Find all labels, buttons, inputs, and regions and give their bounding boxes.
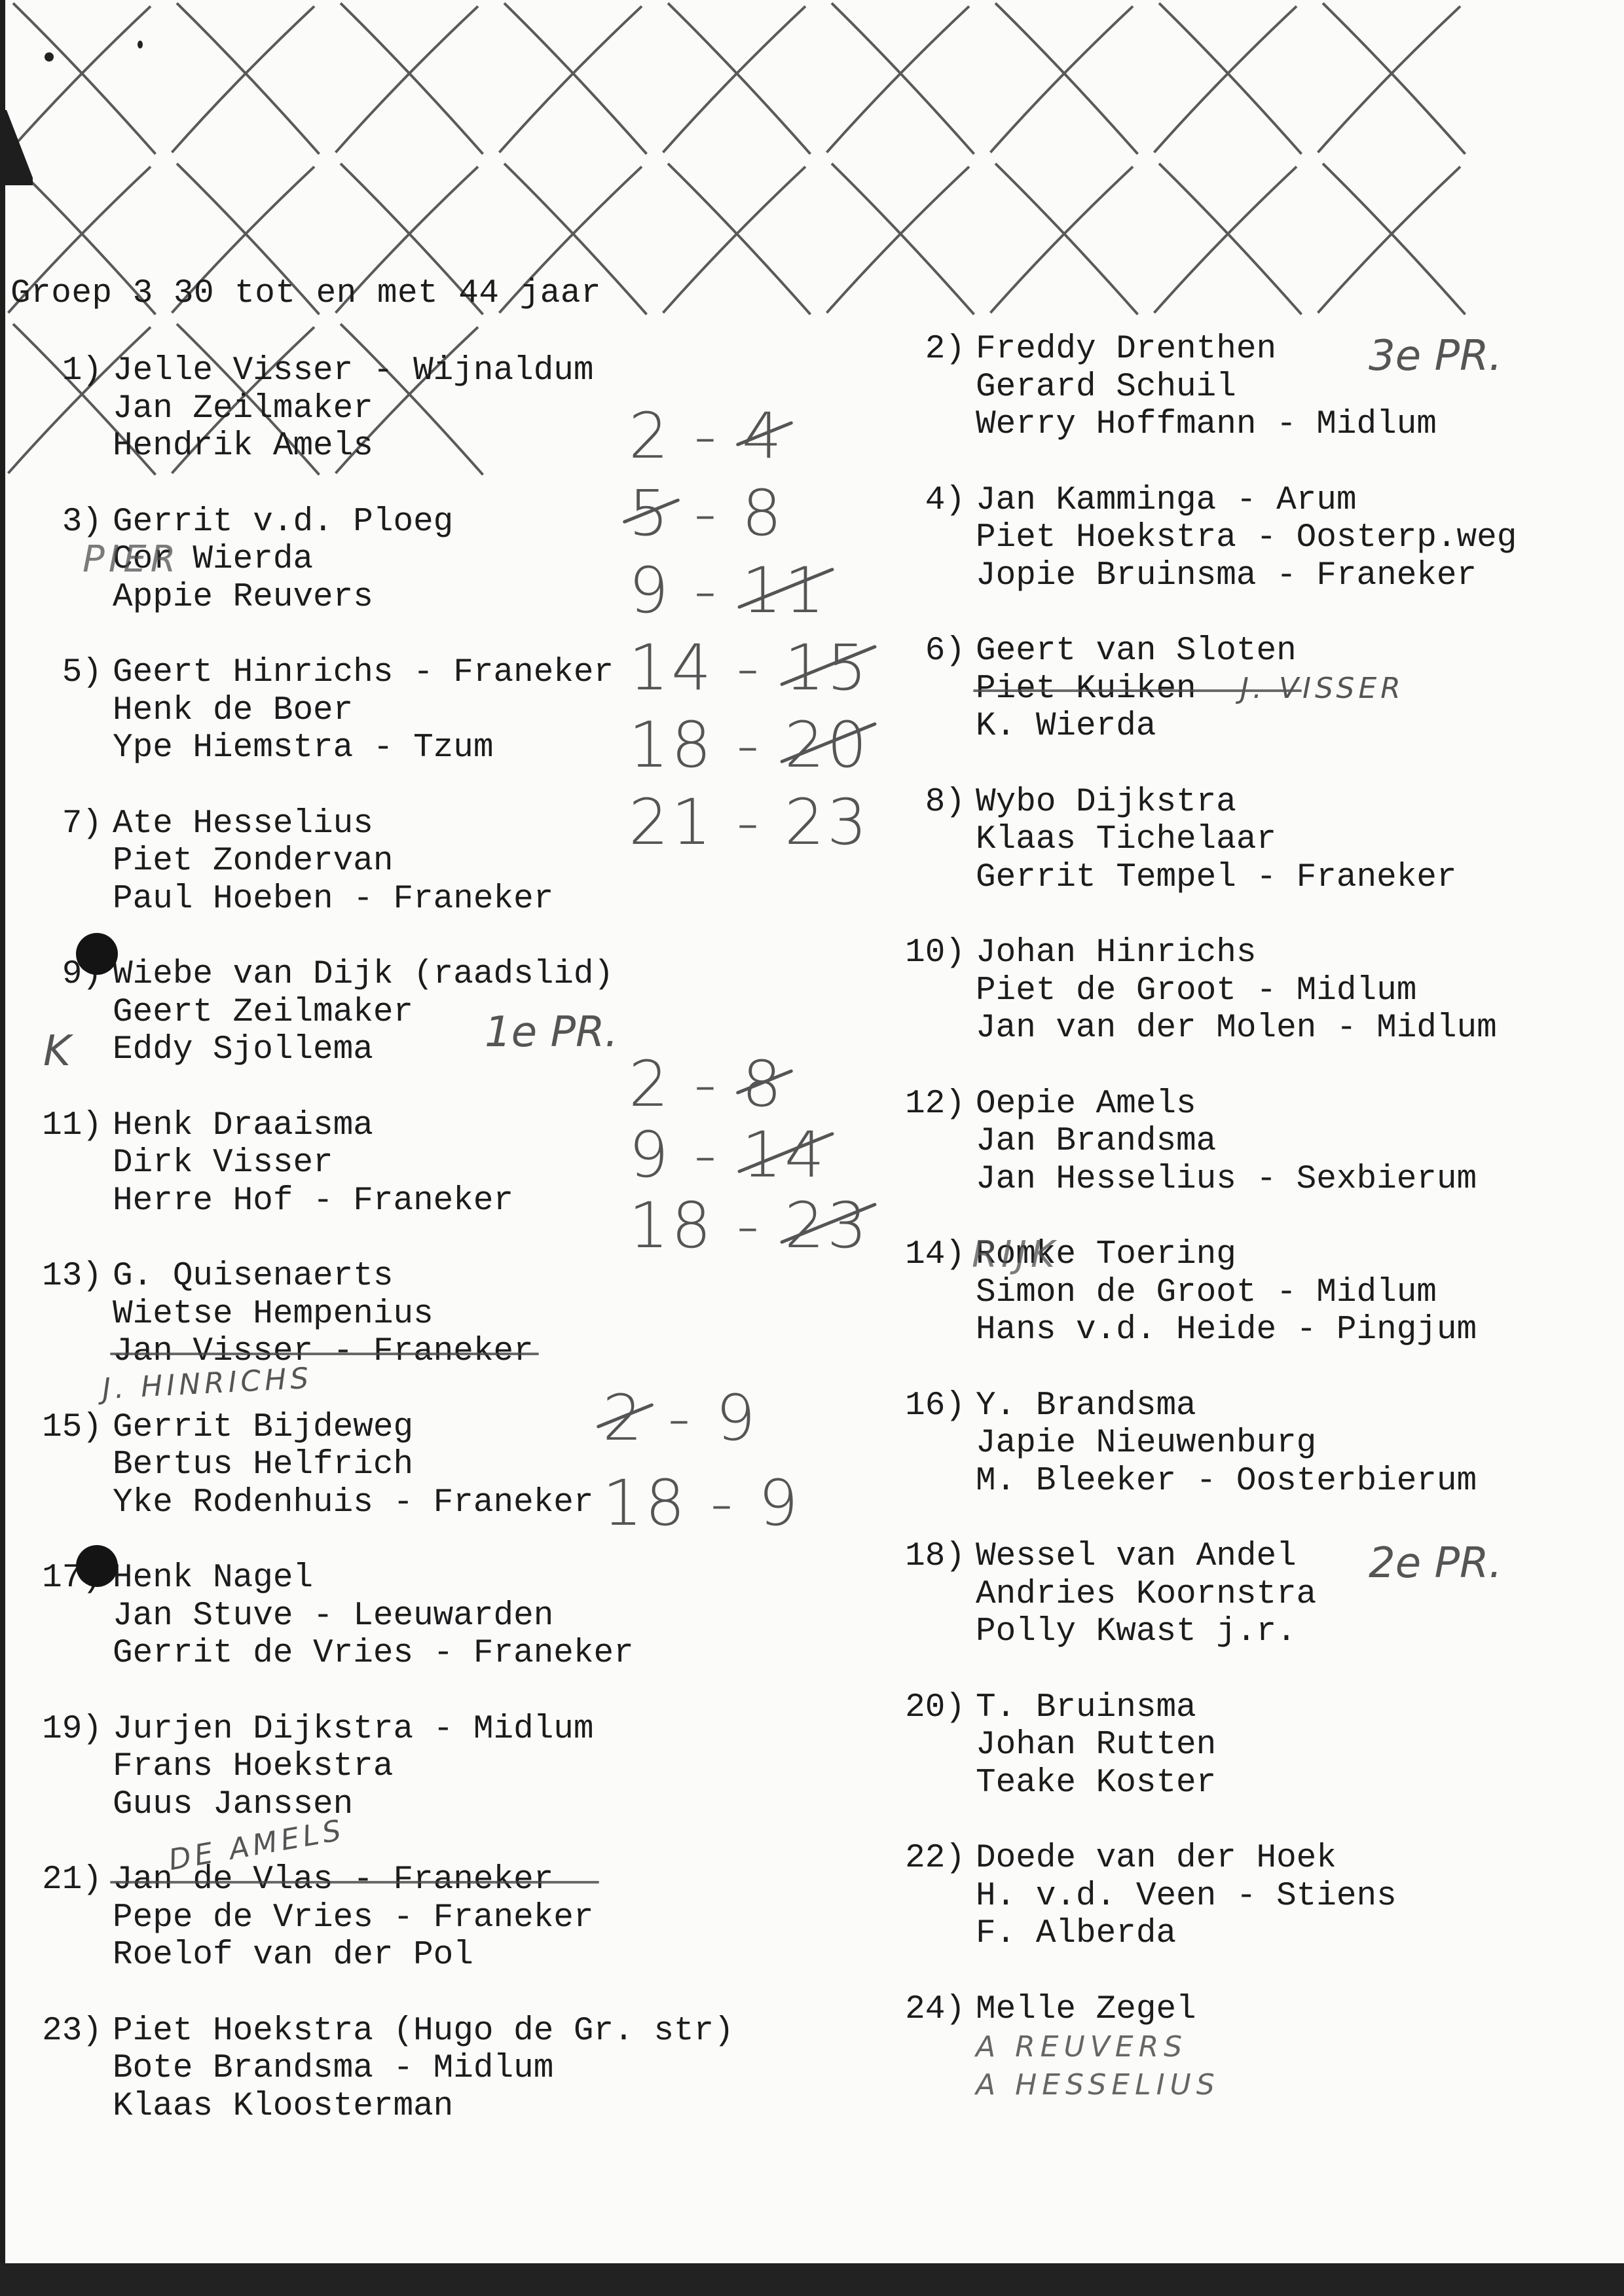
handwritten-replacement: J. VISSER <box>1240 672 1405 705</box>
pairing-score: 2 - 4 <box>629 399 784 473</box>
team-member: Yke Rodenhuis - Franeker <box>113 1484 594 1522</box>
pairing-b: 15 <box>784 631 870 704</box>
pairing-a: 14 <box>629 631 714 704</box>
team-member: Klaas Tichelaar <box>976 821 1457 859</box>
team-member: Oepie Amels <box>976 1085 1477 1123</box>
cross-out-mark <box>819 160 982 318</box>
pairing-a: 18 <box>629 708 714 782</box>
pairing-b: 23 <box>784 786 870 859</box>
team-member: Henk Nagel <box>113 1559 634 1597</box>
team-member: Melle Zegel <box>976 1991 1220 2029</box>
team-number: 15) <box>10 1409 102 1447</box>
team-member: Gerrit Tempel - Franeker <box>976 859 1457 897</box>
prize-annotation: 1e PR. <box>485 1008 618 1057</box>
team-member: Gerrit Bijdeweg <box>113 1409 594 1447</box>
team-member: Pepe de Vries - Franeker <box>113 1899 594 1937</box>
team-member: Ype Hiemstra - Tzum <box>113 729 614 767</box>
pairing-score: 2 - 9 <box>602 1381 758 1455</box>
pairing-a: 9 <box>629 1118 671 1192</box>
pairing-score: 2 - 8 <box>629 1048 784 1121</box>
cross-out-mark <box>164 0 327 157</box>
team-member: Jan van der Molen - Midlum <box>976 1010 1497 1048</box>
team-member: Jan Stuve - Leeuwarden <box>113 1597 634 1635</box>
pairing-score: 5 - 8 <box>629 477 784 550</box>
pairing-score: 14 - 15 <box>629 631 870 704</box>
team-member: Johan Hinrichs <box>976 934 1497 972</box>
team-member: Jurjen Dijkstra - Midlum <box>113 1711 594 1749</box>
pairing-a: 18 <box>602 1467 688 1540</box>
pairing-score: 18 - 20 <box>629 708 870 782</box>
team-member: H. v.d. Veen - Stiens <box>976 1878 1397 1916</box>
speck <box>45 52 54 62</box>
page-heading: Groep 3 30 tot en met 44 jaar <box>10 275 601 312</box>
team-member: Doede van der Hoek <box>976 1840 1397 1878</box>
team-member: Hans v.d. Heide - Pingjum <box>976 1311 1477 1349</box>
team-number: 10) <box>874 934 965 972</box>
team-number: 16) <box>874 1387 965 1425</box>
pairing-b: 23 <box>784 1189 870 1262</box>
pairing-score: 21 - 23 <box>629 786 870 859</box>
scan-bottom-edge <box>0 2263 1624 2296</box>
pairing-b: 4 <box>742 399 784 473</box>
pairing-dash: - <box>714 1189 784 1262</box>
team-member: Klaas Kloosterman <box>113 2088 734 2126</box>
team-number: 18) <box>874 1538 965 1576</box>
team-member: Y. Brandsma <box>976 1387 1477 1425</box>
team-member: Wessel van Andel <box>976 1538 1316 1576</box>
prize-annotation: 2e PR. <box>1369 1539 1502 1588</box>
team-number: 22) <box>874 1840 965 1878</box>
cross-out-mark <box>327 0 491 157</box>
team-member: Herre Hof - Franeker <box>113 1182 513 1220</box>
team-member: Gerrit de Vries - Franeker <box>113 1635 634 1673</box>
team-member: Gerard Schuil <box>976 369 1437 407</box>
team-member: Jan Brandsma <box>976 1123 1477 1161</box>
team-number: 11) <box>10 1107 102 1145</box>
team-member: G. Quisenaerts <box>113 1258 534 1296</box>
team-member: Jan Zeilmaker <box>113 390 594 428</box>
team-member: Wiebe van Dijk (raadslid) <box>113 956 614 994</box>
pairing-b: 8 <box>742 477 784 550</box>
pairing-score: 9 - 14 <box>629 1118 827 1192</box>
pairing-b: 14 <box>742 1118 827 1192</box>
pairing-dash: - <box>671 1048 742 1121</box>
team-number: 1) <box>10 352 102 390</box>
pairing-dash: - <box>688 1467 758 1540</box>
team-member: K. Wierda <box>976 708 1297 746</box>
team-member: Ate Hesselius <box>113 805 553 843</box>
margin-note: K <box>43 1027 71 1076</box>
pairing-dash: - <box>714 708 784 782</box>
pairing-a: 2 <box>602 1381 645 1455</box>
team-number: 8) <box>874 784 965 822</box>
team-number: 5) <box>10 654 102 692</box>
team-member: Henk Draaisma <box>113 1107 513 1145</box>
team-member: Teake Koster <box>976 1764 1216 1802</box>
pairing-score: 18 - 23 <box>629 1189 870 1262</box>
pairing-dash: - <box>671 477 742 550</box>
scan-edge <box>0 0 5 2296</box>
cross-out-mark <box>982 0 1146 157</box>
team-member: Dirk Visser <box>113 1144 513 1182</box>
team-member: Bertus Helfrich <box>113 1446 594 1484</box>
cross-out-mark <box>655 0 819 157</box>
team-member: Piet Hoekstra (Hugo de Gr. str) <box>113 2013 734 2050</box>
team-member: Werry Hoffmann - Midlum <box>976 406 1437 444</box>
team-member: Henk de Boer <box>113 692 614 730</box>
team-member: Piet Zondervan <box>113 843 553 881</box>
team-member: Japie Nieuwenburg <box>976 1425 1477 1463</box>
pairing-b: 9 <box>716 1381 758 1455</box>
team-member: Polly Kwast j.r. <box>976 1613 1316 1651</box>
prize-annotation: 3e PR. <box>1369 332 1502 380</box>
team-member: Geert van Sloten <box>976 632 1297 670</box>
team-member: M. Bleeker - Oosterbierum <box>976 1463 1477 1501</box>
team-member: Simon de Groot - Midlum <box>976 1274 1477 1312</box>
team-number: 23) <box>10 2013 102 2050</box>
speck <box>138 41 143 48</box>
team-member: Johan Rutten <box>976 1726 1216 1764</box>
team-member: A REUVERS <box>976 2028 1220 2066</box>
team-member: Jan Visser - Franeker <box>113 1333 534 1371</box>
team-member: Jan Kamminga - Arum <box>976 482 1517 520</box>
pairing-dash: - <box>714 786 784 859</box>
team-member: A HESSELIUS <box>976 2066 1220 2104</box>
punch-hole <box>76 1545 118 1587</box>
team-member: Wybo Dijkstra <box>976 784 1457 822</box>
team-member: Paul Hoeben - Franeker <box>113 881 553 919</box>
team-number: 4) <box>874 482 965 520</box>
team-member: Jan Hesselius - Sexbierum <box>976 1161 1477 1199</box>
team-member: Hendrik Amels <box>113 428 594 465</box>
team-number: 21) <box>10 1861 102 1899</box>
team-number: 24) <box>874 1991 965 2029</box>
pairing-a: 2 <box>629 1048 671 1121</box>
cross-out-mark <box>1146 160 1310 318</box>
team-member: Geert Hinrichs - Franeker <box>113 654 614 692</box>
team-member: Frans Hoekstra <box>113 1748 594 1786</box>
pairing-a: 5 <box>629 477 671 550</box>
team-list: 1)Jelle Visser - WijnaldumJan ZeilmakerH… <box>0 0 1624 481</box>
punch-hole <box>76 933 118 975</box>
team-member: Gerrit v.d. Ploeg <box>113 503 453 541</box>
team-member: Wietse Hempenius <box>113 1296 534 1334</box>
cross-out-mark <box>1310 0 1473 157</box>
team-member: F. Alberda <box>976 1915 1397 1953</box>
cross-out-mark <box>655 160 819 318</box>
pairing-b: 11 <box>742 554 827 627</box>
pairing-b: 8 <box>742 1048 784 1121</box>
team-number: 6) <box>874 632 965 670</box>
pairing-score: 9 - 11 <box>629 554 827 627</box>
cross-out-mark <box>819 0 982 157</box>
pairing-b: 9 <box>758 1467 801 1540</box>
cross-out-mark <box>491 0 655 157</box>
team-number: 13) <box>10 1258 102 1296</box>
pairing-dash: - <box>714 631 784 704</box>
pairing-b: 20 <box>784 708 870 782</box>
team-member: Guus Janssen <box>113 1786 594 1824</box>
pairing-a: 21 <box>629 786 714 859</box>
team-number: 12) <box>874 1085 965 1123</box>
team-member: Piet Hoekstra - Oosterp.weg <box>976 519 1517 557</box>
team-number: 20) <box>874 1689 965 1727</box>
pairing-dash: - <box>645 1381 716 1455</box>
pairing-a: 9 <box>629 554 671 627</box>
pairing-a: 2 <box>629 399 671 473</box>
team-member: Jopie Bruinsma - Franeker <box>976 557 1517 595</box>
team-member: T. Bruinsma <box>976 1689 1216 1727</box>
pairing-dash: - <box>671 1118 742 1192</box>
team-number: 14) <box>874 1236 965 1274</box>
team-member: Jelle Visser - Wijnaldum <box>113 352 594 390</box>
cross-out-mark <box>0 0 164 157</box>
team-number: 7) <box>10 805 102 843</box>
team-member: Freddy Drenthen <box>976 331 1437 369</box>
team-member: Bote Brandsma - Midlum <box>113 2050 734 2088</box>
pairing-a: 18 <box>629 1189 714 1262</box>
handwritten-overlay: RIJK <box>972 1233 1059 1276</box>
cross-out-mark <box>982 160 1146 318</box>
team-number: 3) <box>10 503 102 541</box>
team-number: 19) <box>10 1711 102 1749</box>
pairing-score: 18 - 9 <box>602 1467 801 1540</box>
pairing-dash: - <box>671 399 742 473</box>
pairing-dash: - <box>671 554 742 627</box>
team-member: Andries Koornstra <box>976 1576 1316 1614</box>
team-member: Piet de Groot - Midlum <box>976 972 1497 1010</box>
team-number: 2) <box>874 331 965 369</box>
handwritten-overlay: PIER <box>83 538 180 581</box>
team-member: Roelof van der Pol <box>113 1937 594 1975</box>
cross-out-mark <box>1310 160 1473 318</box>
cross-out-mark <box>1146 0 1310 157</box>
team-member: Appie Reuvers <box>113 579 453 617</box>
